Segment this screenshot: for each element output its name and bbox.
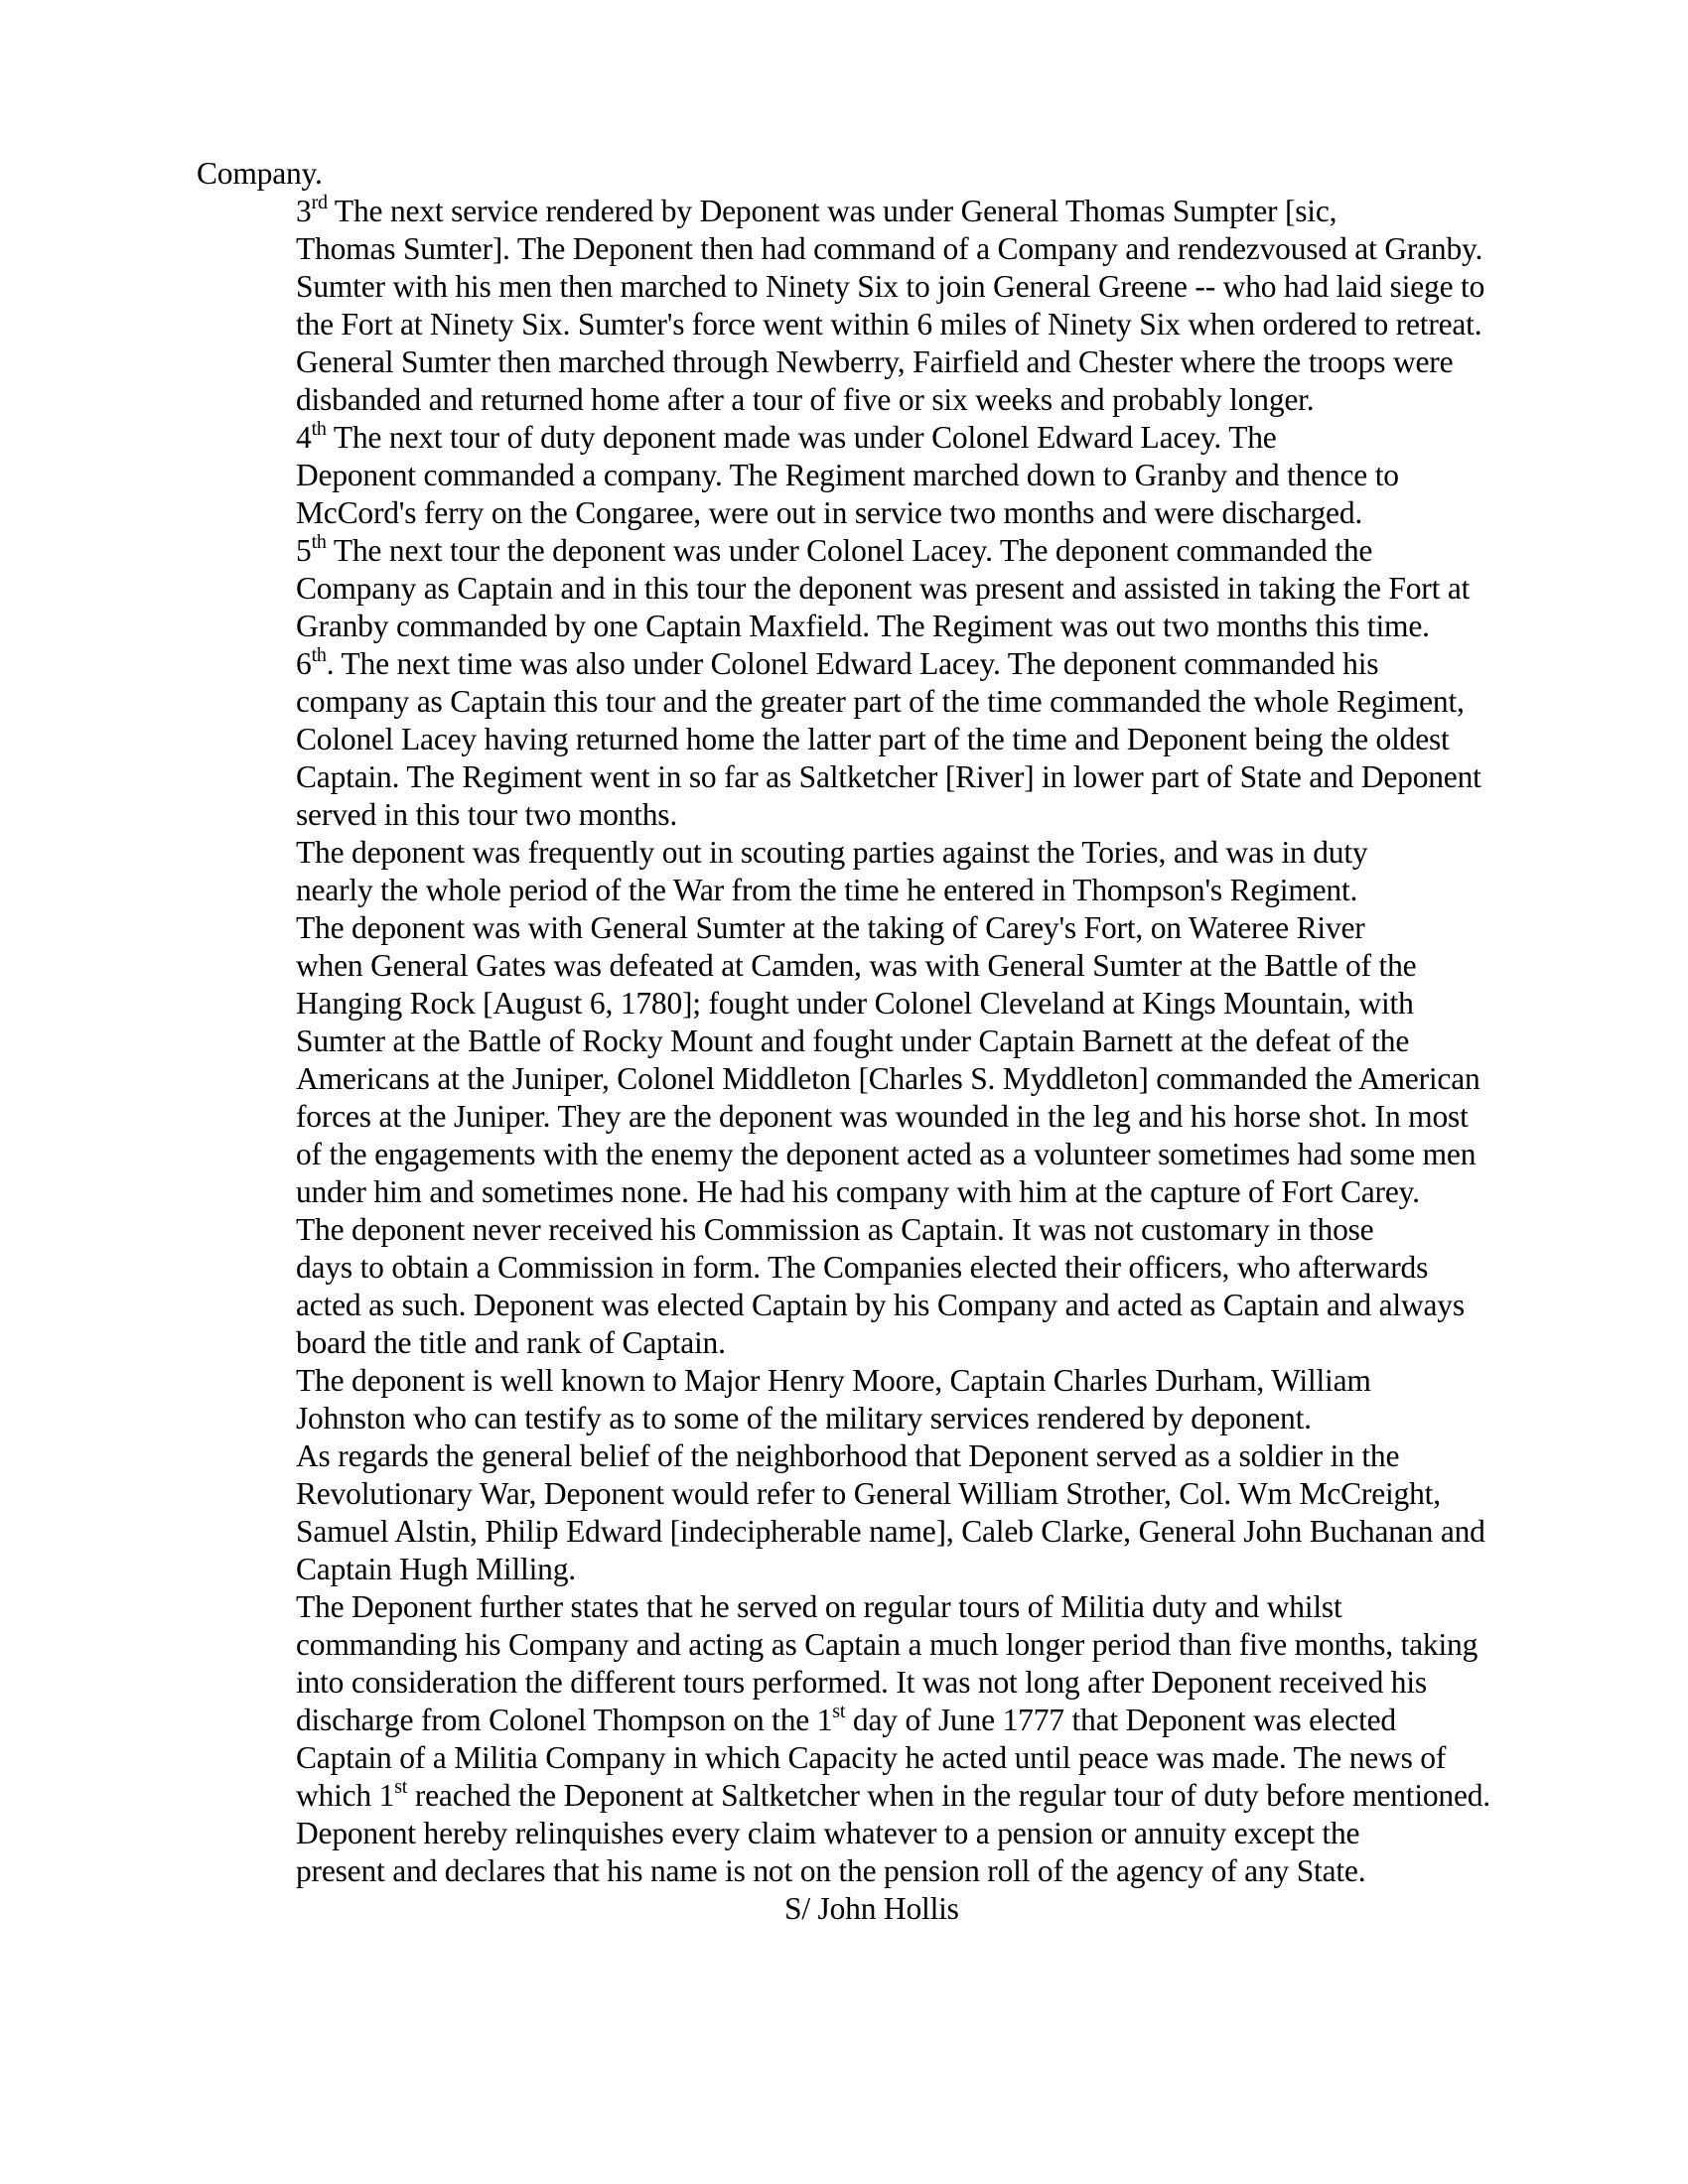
line-text: which 1 bbox=[296, 1778, 394, 1813]
document-page: Company. 3rd The next service rendered b… bbox=[197, 155, 1477, 1928]
text-line: company as Captain this tour and the gre… bbox=[197, 683, 1477, 721]
line-text: discharge from Colonel Thompson on the 1 bbox=[296, 1703, 832, 1737]
text-line: Granby commanded by one Captain Maxfield… bbox=[197, 608, 1477, 645]
text-line: Americans at the Juniper, Colonel Middle… bbox=[197, 1060, 1477, 1098]
paragraph-commission: The deponent never received his Commissi… bbox=[197, 1211, 1477, 1362]
text-line: under him and sometimes none. He had his… bbox=[197, 1173, 1477, 1211]
paragraph-battles: The deponent was with General Sumter at … bbox=[197, 909, 1477, 1211]
text-line: which 1st reached the Deponent at Saltke… bbox=[197, 1777, 1477, 1815]
line-text: The next tour of duty deponent made was … bbox=[327, 420, 1277, 455]
text-line: The deponent never received his Commissi… bbox=[197, 1211, 1477, 1249]
text-line: Thomas Sumter]. The Deponent then had co… bbox=[197, 230, 1477, 268]
text-line: 3rd The next service rendered by Deponen… bbox=[197, 193, 1477, 230]
ordinal-suffix: th bbox=[312, 418, 327, 440]
paragraph-fourth-tour: 4th The next tour of duty deponent made … bbox=[197, 419, 1477, 532]
line-text: day of June 1777 that Deponent was elect… bbox=[845, 1703, 1396, 1737]
ordinal-suffix: st bbox=[394, 1776, 407, 1798]
text-line: into consideration the different tours p… bbox=[197, 1664, 1477, 1702]
paragraph-neighborhood-belief: As regards the general belief of the nei… bbox=[197, 1437, 1477, 1588]
text-line: The deponent was with General Sumter at … bbox=[197, 909, 1477, 947]
text-line: Hanging Rock [August 6, 1780]; fought un… bbox=[197, 985, 1477, 1023]
ordinal-number: 3 bbox=[296, 194, 312, 228]
paragraph-third-service: 3rd The next service rendered by Deponen… bbox=[197, 193, 1477, 419]
line-text: The next service rendered by Deponent wa… bbox=[328, 194, 1336, 228]
text-line: Captain of a Militia Company in which Ca… bbox=[197, 1739, 1477, 1777]
text-line: General Sumter then marched through Newb… bbox=[197, 343, 1477, 381]
paragraph-sixth-tour: 6th. The next time was also under Colone… bbox=[197, 645, 1477, 834]
ordinal-suffix: rd bbox=[312, 192, 328, 213]
line-text: The next tour the deponent was under Col… bbox=[327, 533, 1372, 568]
text-line: Johnston who can testify as to some of t… bbox=[197, 1400, 1477, 1437]
text-line: commanding his Company and acting as Cap… bbox=[197, 1626, 1477, 1664]
text-line: Revolutionary War, Deponent would refer … bbox=[197, 1475, 1477, 1513]
text-line: disbanded and returned home after a tour… bbox=[197, 381, 1477, 419]
text-line: of the engagements with the enemy the de… bbox=[197, 1136, 1477, 1173]
text-line: 4th The next tour of duty deponent made … bbox=[197, 419, 1477, 457]
line-text: . The next time was also under Colonel E… bbox=[327, 646, 1379, 681]
text-line: McCord's ferry on the Congaree, were out… bbox=[197, 494, 1477, 532]
ordinal-suffix: st bbox=[832, 1701, 845, 1722]
paragraph-continuation: Company. bbox=[197, 155, 1477, 193]
signature: S/ John Hollis bbox=[197, 1890, 1477, 1928]
text-line: when General Gates was defeated at Camde… bbox=[197, 947, 1477, 985]
text-line: Company. bbox=[197, 155, 1477, 193]
text-line: As regards the general belief of the nei… bbox=[197, 1437, 1477, 1475]
ordinal-suffix: th bbox=[312, 531, 327, 553]
text-line: forces at the Juniper. They are the depo… bbox=[197, 1098, 1477, 1136]
paragraph-relinquishment: Deponent hereby relinquishes every claim… bbox=[197, 1815, 1477, 1890]
text-line: board the title and rank of Captain. bbox=[197, 1324, 1477, 1362]
text-line: Deponent hereby relinquishes every claim… bbox=[197, 1815, 1477, 1852]
text-line: discharge from Colonel Thompson on the 1… bbox=[197, 1702, 1477, 1739]
text-line: 5th The next tour the deponent was under… bbox=[197, 532, 1477, 570]
paragraph-witnesses: The deponent is well known to Major Henr… bbox=[197, 1362, 1477, 1437]
text-line: present and declares that his name is no… bbox=[197, 1852, 1477, 1890]
line-text: reached the Deponent at Saltketcher when… bbox=[407, 1778, 1490, 1813]
ordinal-suffix: th bbox=[312, 644, 327, 666]
text-line: Deponent commanded a company. The Regime… bbox=[197, 457, 1477, 494]
text-line: acted as such. Deponent was elected Capt… bbox=[197, 1287, 1477, 1324]
text-line: Sumter with his men then marched to Nine… bbox=[197, 268, 1477, 306]
paragraph-scouting: The deponent was frequently out in scout… bbox=[197, 834, 1477, 909]
text-line: nearly the whole period of the War from … bbox=[197, 872, 1477, 909]
text-line: Captain Hugh Milling. bbox=[197, 1551, 1477, 1588]
ordinal-number: 6 bbox=[296, 646, 312, 681]
text-line: 6th. The next time was also under Colone… bbox=[197, 645, 1477, 683]
paragraph-fifth-tour: 5th The next tour the deponent was under… bbox=[197, 532, 1477, 645]
ordinal-number: 4 bbox=[296, 420, 312, 455]
text-line: the Fort at Ninety Six. Sumter's force w… bbox=[197, 306, 1477, 343]
text-line: Company as Captain and in this tour the … bbox=[197, 570, 1477, 608]
text-line: The Deponent further states that he serv… bbox=[197, 1588, 1477, 1626]
text-line: The deponent is well known to Major Henr… bbox=[197, 1362, 1477, 1400]
text-line: days to obtain a Commission in form. The… bbox=[197, 1249, 1477, 1287]
text-line: Sumter at the Battle of Rocky Mount and … bbox=[197, 1023, 1477, 1060]
text-line: served in this tour two months. bbox=[197, 796, 1477, 834]
paragraph-further-states: The Deponent further states that he serv… bbox=[197, 1588, 1477, 1815]
text-line: Captain. The Regiment went in so far as … bbox=[197, 758, 1477, 796]
text-line: Colonel Lacey having returned home the l… bbox=[197, 721, 1477, 758]
text-line: Samuel Alstin, Philip Edward [indecipher… bbox=[197, 1513, 1477, 1551]
ordinal-number: 5 bbox=[296, 533, 312, 568]
text-line: The deponent was frequently out in scout… bbox=[197, 834, 1477, 872]
